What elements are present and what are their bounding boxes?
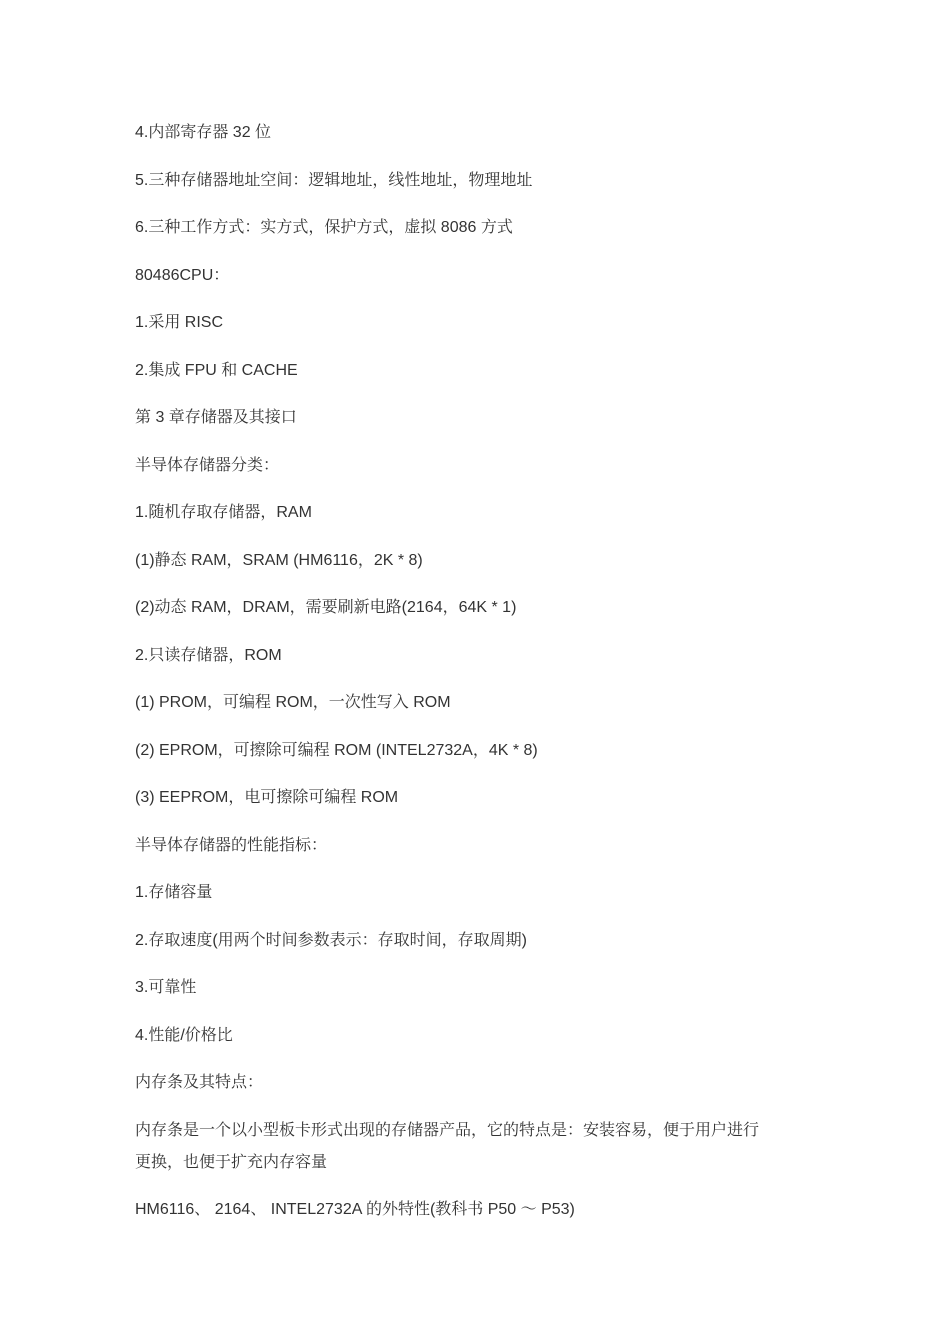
paragraph-12: 2.只读存储器，ROM <box>135 640 767 672</box>
paragraph-19: 3.可靠性 <box>135 972 767 1004</box>
paragraph-11: (2)动态 RAM，DRAM，需要刷新电路(2164，64K * 1) <box>135 592 767 624</box>
paragraph-22: 内存条是一个以小型板卡形式出现的存储器产品，它的特点是：安装容易，便于用户进行更… <box>135 1115 767 1179</box>
paragraph-4: 80486CPU： <box>135 260 767 292</box>
paragraph-10: (1)静态 RAM，SRAM (HM6116，2K * 8) <box>135 545 767 577</box>
paragraph-23: HM6116、 2164、 INTEL2732A 的外特性(教科书 P50 ～ … <box>135 1194 767 1226</box>
paragraph-8: 半导体存储器分类： <box>135 450 767 482</box>
document-page: 4.内部寄存器 32 位5.三种存储器地址空间：逻辑地址，线性地址，物理地址6.… <box>0 0 950 1344</box>
paragraph-2: 5.三种存储器地址空间：逻辑地址，线性地址，物理地址 <box>135 165 767 197</box>
paragraph-3: 6.三种工作方式：实方式，保护方式，虚拟 8086 方式 <box>135 212 767 244</box>
paragraph-16: 半导体存储器的性能指标： <box>135 830 767 862</box>
paragraph-15: (3) EEPROM，电可擦除可编程 ROM <box>135 782 767 814</box>
paragraph-14: (2) EPROM，可擦除可编程 ROM (INTEL2732A，4K * 8) <box>135 735 767 767</box>
paragraph-5: 1.采用 RISC <box>135 307 767 339</box>
paragraph-17: 1.存储容量 <box>135 877 767 909</box>
paragraph-21: 内存条及其特点： <box>135 1067 767 1099</box>
document-body: 4.内部寄存器 32 位5.三种存储器地址空间：逻辑地址，线性地址，物理地址6.… <box>135 117 767 1242</box>
paragraph-20: 4.性能/价格比 <box>135 1020 767 1052</box>
paragraph-13: (1) PROM，可编程 ROM，一次性写入 ROM <box>135 687 767 719</box>
paragraph-1: 4.内部寄存器 32 位 <box>135 117 767 149</box>
paragraph-9: 1.随机存取存储器，RAM <box>135 497 767 529</box>
paragraph-6: 2.集成 FPU 和 CACHE <box>135 355 767 387</box>
paragraph-18: 2.存取速度(用两个时间参数表示：存取时间，存取周期) <box>135 925 767 957</box>
paragraph-7: 第 3 章存储器及其接口 <box>135 402 767 434</box>
